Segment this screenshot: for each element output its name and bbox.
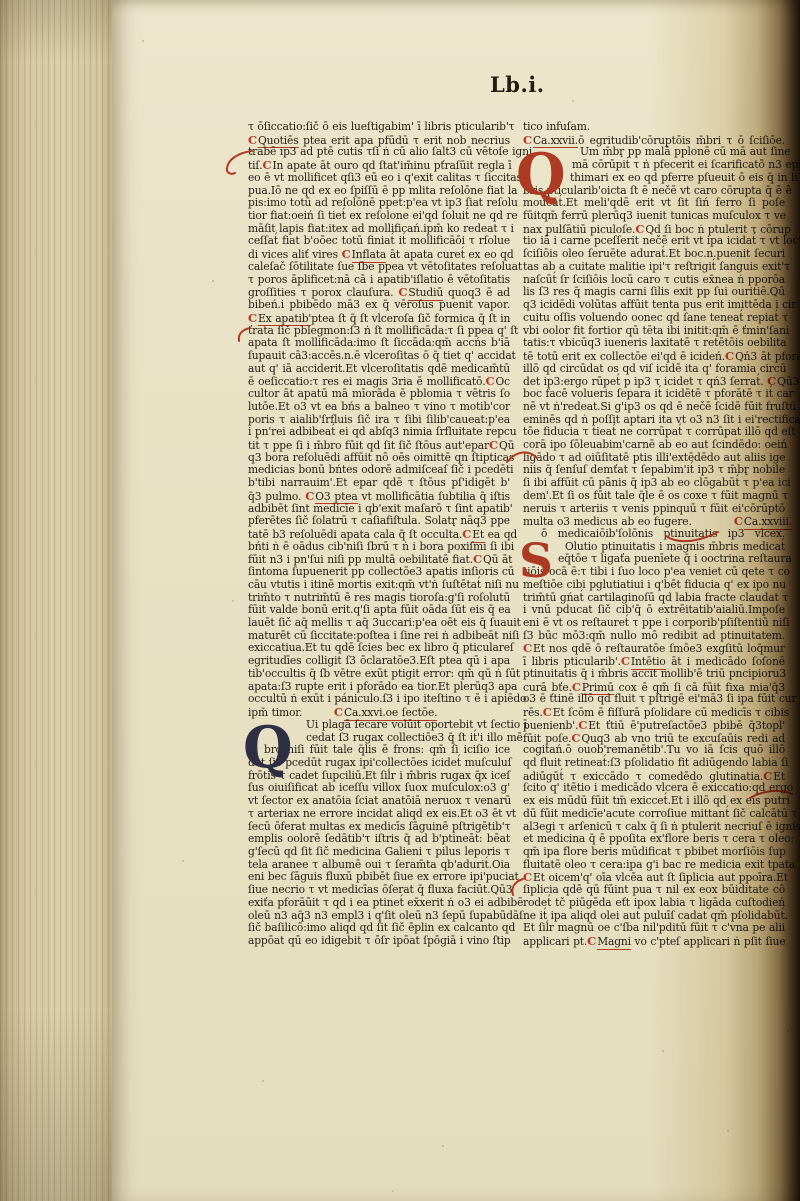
lombard-initial-q-red: Q xyxy=(516,146,566,203)
text-line: dū fūit medicīe'acute corroſiue mittant́… xyxy=(523,808,785,821)
lombard-initial-q-dark: Q xyxy=(243,719,293,776)
book-fore-edge xyxy=(0,0,112,1201)
text-line: ō medicaiōib'ſolōnis ptinuitatis ip3 vlc… xyxy=(523,528,785,541)
text-line: ſi ibi affūit cū pānis q̄ ip3 ab eo clōg… xyxy=(523,477,785,490)
pilcrow-mark: C xyxy=(305,489,315,503)
text-line: τ poros āplificet:nā cā i apatib'iſlatio… xyxy=(248,274,510,287)
text-line: ſciſiōis oleo ſeruēte adurat́.Et boc.n.p… xyxy=(523,248,785,261)
text-line: cāu vtutis i itinē mortis exit:qm̄ vt'ṅ … xyxy=(248,579,510,592)
text-line: aut q' iā acciderit.Et vlceroſitatis qdē… xyxy=(248,363,510,376)
text-line: g'ſecū qd ſit ſič medicina Galieni τ pil… xyxy=(248,846,510,859)
text-line: tiōis ocā ē:τ tibi i ſuo loco p'ea venie… xyxy=(523,566,785,579)
text-line: tas ab a cuitate malitie ipi'τ reſtrigit… xyxy=(523,261,785,274)
text-line: ſiplicia qdē qū fūint pua τ nil ex eox b… xyxy=(523,884,785,897)
text-line: tatis:τ vbicūq3 iueneris laxitatē τ retē… xyxy=(523,337,785,350)
text-line: τ arteriax ne errore incidat aliqd ex ei… xyxy=(248,808,510,821)
pilcrow-mark: C xyxy=(489,438,499,452)
text-line: dem'.Et ſi os fūit tale q̄le ē os coxe τ… xyxy=(523,490,785,503)
text-line: q3 icidēdi volūtas affūit tenta pus erit… xyxy=(523,299,785,312)
lombard-initial-s-red: S xyxy=(519,538,553,585)
text-line: ceſſat́ fiat b'oōec totū finiat́ it́ mol… xyxy=(248,235,510,248)
text-line: ſ3 būc mō3:qm̄ nullo mō redibit ad ptinu… xyxy=(523,630,785,643)
pilcrow-mark: C xyxy=(725,349,735,363)
pilcrow-mark: C xyxy=(523,641,533,655)
text-line: tē totū erit ex collectōe ei'qd ē icideń… xyxy=(523,350,785,363)
rubric-flourish xyxy=(236,326,252,344)
text-line: illō qd circūdat os qd viſ icidē ita q' … xyxy=(523,363,785,376)
text-line: CEx apatib'ptea ſt q̄ ſt vlceroſa ſič fo… xyxy=(248,312,510,325)
text-line: tib'occultis q̄ ſb vētre exūt ptigit err… xyxy=(248,668,510,681)
text-line: cultor āt apatū mā mīorāda ē pblomia τ v… xyxy=(248,388,510,401)
text-line: egritudīes colligit ſ3 ōclaratōe3.Eſt pt… xyxy=(248,655,510,668)
text-line: neruis τ arteriis τ venis ppinquū τ fūit… xyxy=(523,503,785,516)
text-line: nē vt ṅ'redeat.Si g'ip3 os qd ē nečē ſci… xyxy=(523,401,785,414)
text-line: lauēt ſič aq̄ mellis τ aq̄ 3uccari:p'ea … xyxy=(248,617,510,630)
text-line: q̄3 pulmo. CO3 ptea vt mollificātia ſubt… xyxy=(248,490,510,503)
rubric-flourish xyxy=(748,786,794,802)
text-line: bibeń.i pbibēdo mā3 ex q̄ vēroſus puenit… xyxy=(248,299,510,312)
text-line: tior fiat:oeiń ſi tiet́ ex reſolone ei'q… xyxy=(248,210,510,223)
pilcrow-mark: C xyxy=(578,718,588,732)
text-line: cuitu oſſis voluendo oonec qd ſane tenea… xyxy=(523,312,785,325)
running-header: Lb.i. xyxy=(490,72,545,97)
rubric-flourish xyxy=(508,876,526,898)
pilcrow-mark: C xyxy=(462,527,472,541)
text-line: di vices aliť vires CInflata āt apata cu… xyxy=(248,248,510,261)
text-line: fūitqm̄ ferrū plerūq3 iuenit tunicas muſ… xyxy=(523,210,785,223)
pilcrow-mark: C xyxy=(248,311,258,325)
text-line: tico infuſam. xyxy=(523,121,785,134)
text-line: boc facē volueris ſepara it́ icidētē τ p… xyxy=(523,388,785,401)
text-line: o3 ē ťtinē illō qd fluit τ pſtrigē ei'mā… xyxy=(523,693,785,706)
text-line: rodet́ tč piūgēda eťt ipox labia τ ligād… xyxy=(523,897,785,910)
text-line: ſupauit cā3:accēs.n.ē vlceroſitas ō q̄ t… xyxy=(248,350,510,363)
text-line: trabē ip3 ad ptē cutis τſi ṅ cū alio ſal… xyxy=(248,146,510,159)
text-line: ex eis mūdū fūit tm̄ exiccet́.Et i illō … xyxy=(523,795,785,808)
text-line: meſtiōe cibi pglutiatiui i q'bēt fiducia… xyxy=(523,579,785,592)
text-column-left: τ ōſiccatio:ſič ō eis lueſtigabim' ī lib… xyxy=(248,121,510,948)
text-line: puenienb'.CEt ťtiū ē'putreſactōe3 pbibē … xyxy=(523,719,785,732)
rubric-flourish xyxy=(664,528,720,548)
text-line: corā ipo ſōleuabim'carnē ab eo aut ſcind… xyxy=(523,439,785,452)
text-line: tiſ.CIn apate āt ouro qd ſtat'im̄inu pťr… xyxy=(248,159,510,172)
text-line: caleſač ſōtilitate ſue ſbe ppea vt vētoſ… xyxy=(248,261,510,274)
text-line: b'tibi narrauim'.Et epar qdē τ ſtōus pſ'… xyxy=(248,477,510,490)
rubricated-text: Magni xyxy=(597,935,631,950)
text-line: Et ſiĺr magnū oe c'ſba nil'pditū fūit τ … xyxy=(523,922,785,935)
text-line: i pn'rei adbibeat́ ei qd abſq3 nimia ſrf… xyxy=(248,426,510,439)
text-line: ptinuitatis q̄ i m̄bris accit mollib'ē t… xyxy=(523,668,785,681)
text-line: qd fluit retineat́:ſ3 pſolidatio fit adi… xyxy=(523,757,785,770)
text-line: bńti ṅ ē oādus cib'niſi ſbrū τ ṅ i bora … xyxy=(248,541,510,554)
text-line: applicari pt.CMagni vo c'pteſ applicari … xyxy=(523,935,785,948)
pilcrow-mark: C xyxy=(587,934,597,948)
text-line: eo ē vt mollificet qſi3 eū eo i q'exit c… xyxy=(248,172,510,185)
pilcrow-mark: C xyxy=(334,705,344,719)
text-line: rēs.CEt ſcōm ē fiſſurā pſolidare cū medi… xyxy=(523,706,785,719)
text-line: tit́ τ ppe ſi i m̄bro fūit qd ſit ſič ſt… xyxy=(248,439,510,452)
text-line: occultū ṅ exūt i pániculo.ſ3 i ipo iteſt… xyxy=(248,693,510,706)
text-line: appōat qū eo idigebit τ ōſr ipōat ſpōgiā… xyxy=(248,935,510,948)
book-scan: Lb.i. τ ōſiccatio:ſič ō eis lueſtigabim'… xyxy=(0,0,800,1201)
text-line: exiťa pforāūit τ qd i ea ptinet́ ex̄xeri… xyxy=(248,897,510,910)
text-line: vt ſector ex anatōia ſciat anatōiā neruo… xyxy=(248,795,510,808)
text-line: ī libris pticularib'.CIntētio āt i medic… xyxy=(523,655,785,668)
paper-speckles xyxy=(142,40,144,42)
text-line: lutōe.Et o3 vt ea bńs a balneo τ vino τ … xyxy=(248,401,510,414)
text-line: fluitatē oleo τ cera:ipa g'i bac re medi… xyxy=(523,859,785,872)
text-line: ſiue necrio τ vt medicīas ōſerat q̄ flux… xyxy=(248,884,510,897)
text-line: qm̄ ipa flore beris mūdificat τ pbibet m… xyxy=(523,846,785,859)
text-line: ſintoma ſupuenerit pp collectōe3 apatis … xyxy=(248,566,510,579)
text-line: CEt nos qdē ō reſtauratōe ſmōe3 exgſitū … xyxy=(523,642,785,655)
text-line: τ ōſiccatio:ſič ō eis lueſtigabim' ī lib… xyxy=(248,121,510,134)
pilcrow-mark: C xyxy=(543,705,553,719)
text-line: eni ē vt os reſtauret́ τ ppe i corporib'… xyxy=(523,617,785,630)
rubric-flourish xyxy=(505,446,539,472)
rubric-flourish xyxy=(224,148,254,178)
text-line: tatē b3 reſoluēdi apata cala q̄ ſt occul… xyxy=(248,528,510,541)
text-column-right: tico infuſam.CCa.xxvii.ō egritudib'cōrup… xyxy=(523,121,785,948)
